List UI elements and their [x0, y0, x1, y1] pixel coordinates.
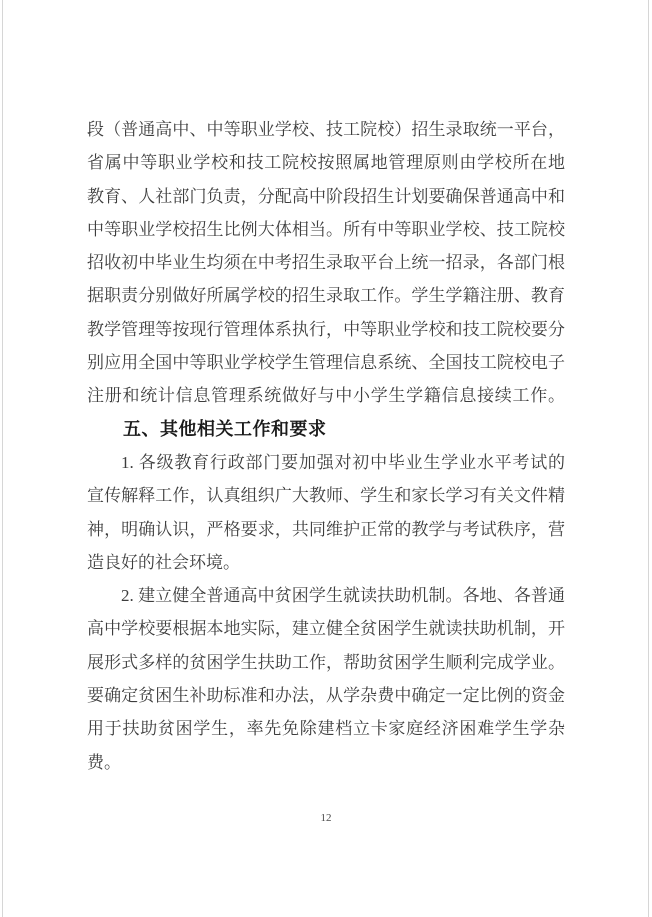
section-heading: 五、其他相关工作和要求 — [87, 413, 565, 446]
text-line: 费。 — [87, 746, 565, 779]
text-line: 别应用全国中等职业学校学生管理信息系统、全国技工院校电子 — [87, 346, 565, 379]
text-line: 神，明确认识，严格要求，共同维护正常的教学与考试秩序，营 — [87, 513, 565, 546]
text-line: 1. 各级教育行政部门要加强对初中毕业生学业水平考试的 — [87, 446, 565, 479]
text-line: 要确定贫困生补助标准和办法，从学杂费中确定一定比例的资金 — [87, 679, 565, 712]
document-page: 段（普通高中、中等职业学校、技工院校）招生录取统一平台， 省属中等职业学校和技工… — [0, 0, 652, 917]
text-line: 教育、人社部门负责，分配高中阶段招生计划要确保普通高中和 — [87, 180, 565, 213]
text-line: 宣传解释工作，认真组织广大教师、学生和家长学习有关文件精 — [87, 479, 565, 512]
page-body-text: 段（普通高中、中等职业学校、技工院校）招生录取统一平台， 省属中等职业学校和技工… — [87, 113, 565, 779]
text-line: 用于扶助贫困学生，率先免除建档立卡家庭经济困难学生学杂 — [87, 712, 565, 745]
text-line: 段（普通高中、中等职业学校、技工院校）招生录取统一平台， — [87, 113, 565, 146]
text-line: 展形式多样的贫困学生扶助工作，帮助贫困学生顺利完成学业。 — [87, 646, 565, 679]
page-number: 12 — [0, 811, 652, 825]
text-line: 中等职业学校招生比例大体相当。所有中等职业学校、技工院校 — [87, 213, 565, 246]
text-line: 2. 建立健全普通高中贫困学生就读扶助机制。各地、各普通 — [87, 579, 565, 612]
text-line: 注册和统计信息管理系统做好与中小学生学籍信息接续工作。 — [87, 379, 565, 412]
text-line: 高中学校要根据本地实际，建立健全贫困学生就读扶助机制，开 — [87, 612, 565, 645]
paragraph-item-1: 1. 各级教育行政部门要加强对初中毕业生学业水平考试的 宣传解释工作，认真组织广… — [87, 446, 565, 579]
text-line: 招收初中毕业生均须在中考招生录取平台上统一招录，各部门根 — [87, 246, 565, 279]
page-left-edge-line — [2, 0, 3, 917]
text-line: 省属中等职业学校和技工院校按照属地管理原则由学校所在地 — [87, 146, 565, 179]
paragraph-item-2: 2. 建立健全普通高中贫困学生就读扶助机制。各地、各普通 高中学校要根据本地实际… — [87, 579, 565, 779]
paragraph-continuation: 段（普通高中、中等职业学校、技工院校）招生录取统一平台， 省属中等职业学校和技工… — [87, 113, 565, 413]
page-right-edge-line — [648, 0, 649, 917]
text-line: 据职责分别做好所属学校的招生录取工作。学生学籍注册、教育 — [87, 279, 565, 312]
text-line: 造良好的社会环境。 — [87, 546, 565, 579]
text-line: 教学管理等按现行管理体系执行，中等职业学校和技工院校要分 — [87, 313, 565, 346]
